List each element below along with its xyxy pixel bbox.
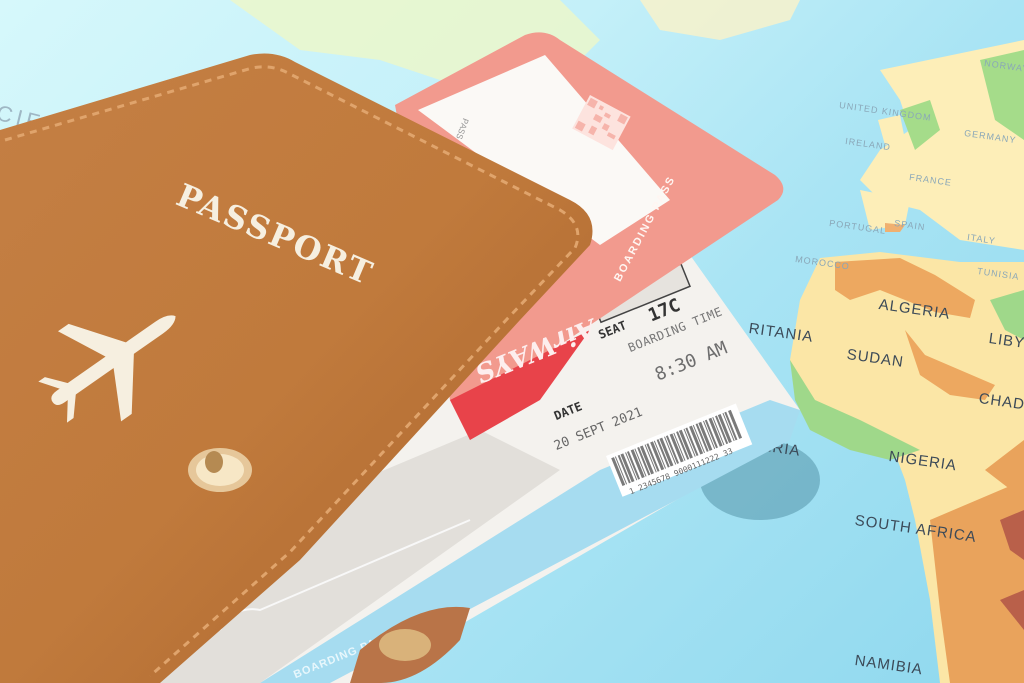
passport-cover: PASSPORT bbox=[0, 0, 1024, 683]
snap-button-bottom-icon bbox=[350, 607, 470, 683]
photo-scene: CIFIC OCE ALGERIA SUDAN LIBY CHAD RITANI… bbox=[0, 0, 1024, 683]
snap-button-icon bbox=[188, 448, 252, 492]
passport-shape bbox=[0, 0, 1024, 683]
